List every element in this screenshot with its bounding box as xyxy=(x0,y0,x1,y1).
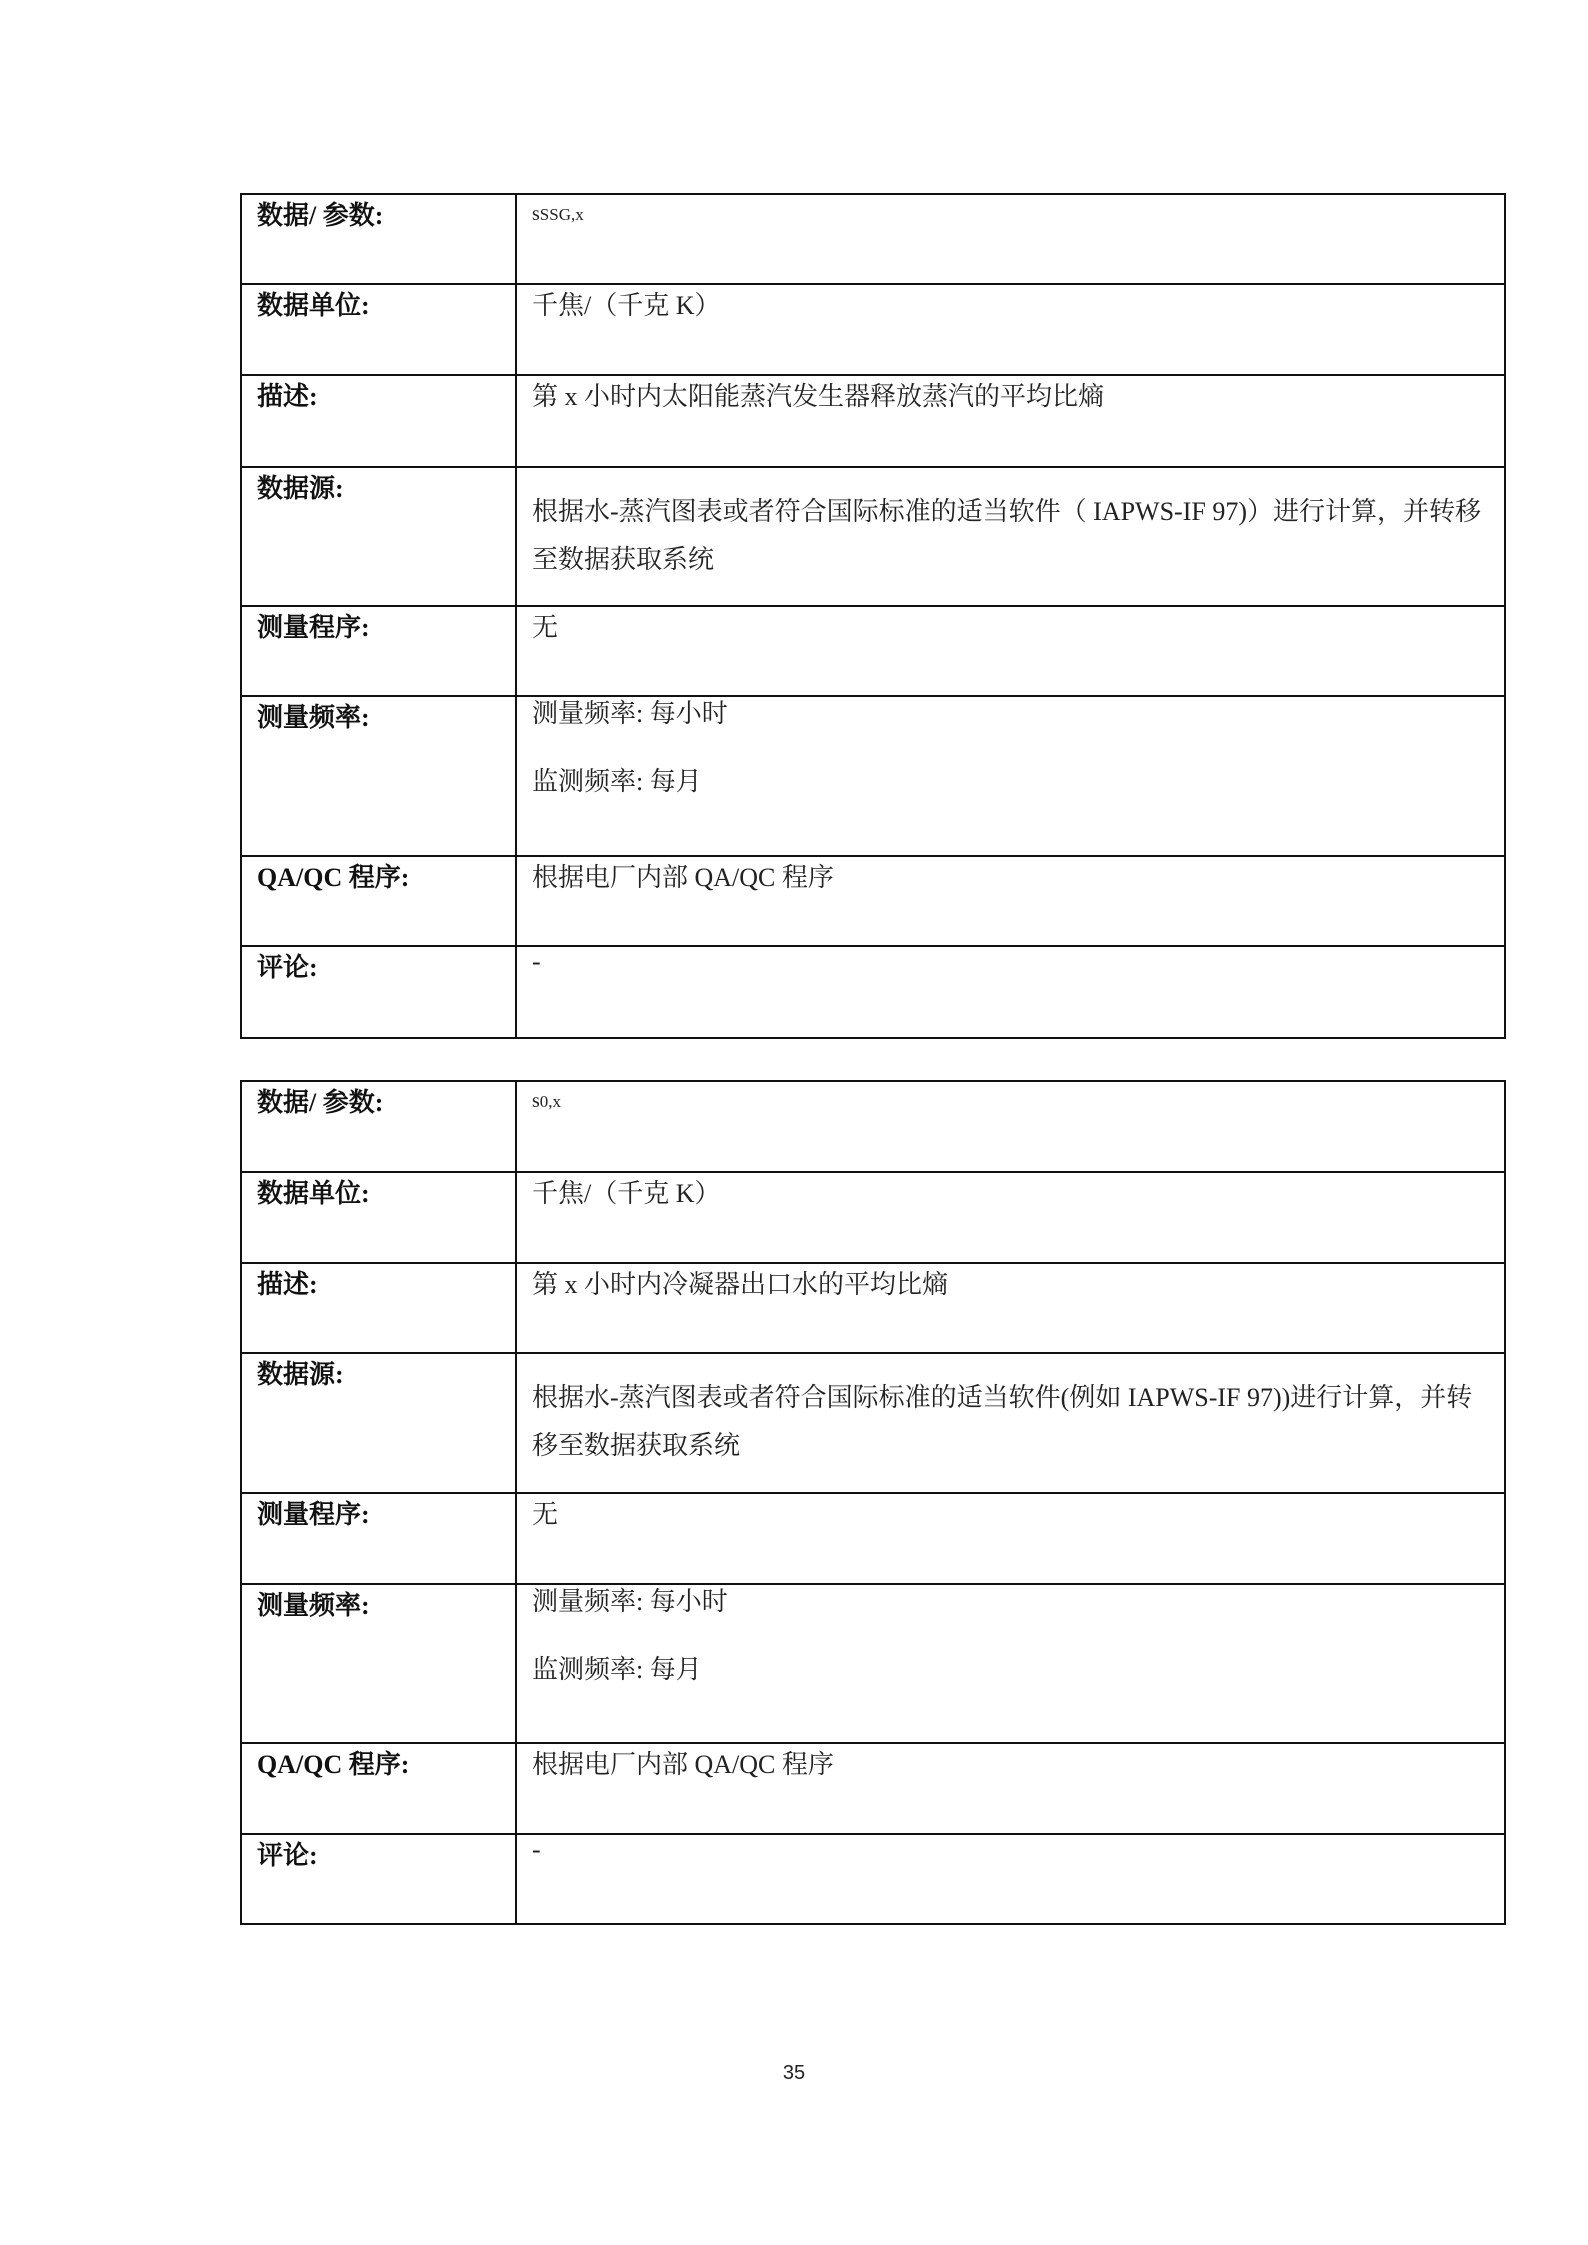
label-parameter: 数据/ 参数: xyxy=(257,195,515,232)
row-unit: 数据单位: 千焦/（千克 K） xyxy=(241,1172,1505,1263)
label-frequency: 测量频率: xyxy=(257,697,515,734)
label-description: 描述: xyxy=(257,376,515,413)
label-source: 数据源: xyxy=(257,468,515,505)
label-description: 描述: xyxy=(257,1264,515,1301)
value-procedure: 无 xyxy=(532,1494,1494,1531)
label-procedure: 测量程序: xyxy=(257,1494,515,1531)
row-source: 数据源: 根据水-蒸汽图表或者符合国际标准的适当软件（ IAPWS-IF 97)… xyxy=(241,467,1505,606)
parameter-subscript: 0,x xyxy=(540,1092,561,1112)
row-parameter: 数据/ 参数: s0,x xyxy=(241,1081,1505,1172)
parameter-table-1: 数据/ 参数: sSSG,x 数据单位: 千焦/（千克 K） 描述: 第 x 小… xyxy=(240,193,1506,1039)
row-source: 数据源: 根据水-蒸汽图表或者符合国际标准的适当软件(例如 IAPWS-IF 9… xyxy=(241,1353,1505,1493)
row-qaqc: QA/QC 程序: 根据电厂内部 QA/QC 程序 xyxy=(241,856,1505,946)
value-measure-frequency: 测量频率: 每小时 xyxy=(532,697,1494,731)
row-procedure: 测量程序: 无 xyxy=(241,606,1505,696)
row-unit: 数据单位: 千焦/（千克 K） xyxy=(241,284,1505,375)
row-qaqc: QA/QC 程序: 根据电厂内部 QA/QC 程序 xyxy=(241,1743,1505,1834)
value-comment: - xyxy=(532,1835,1494,1865)
label-unit: 数据单位: xyxy=(257,1173,515,1210)
value-description: 第 x 小时内太阳能蒸汽发生器释放蒸汽的平均比熵 xyxy=(532,376,1494,413)
value-qaqc: 根据电厂内部 QA/QC 程序 xyxy=(532,857,1494,894)
row-comment: 评论: - xyxy=(241,1834,1505,1924)
row-parameter: 数据/ 参数: sSSG,x xyxy=(241,194,1505,284)
label-parameter: 数据/ 参数: xyxy=(257,1082,515,1119)
parameter-table-2: 数据/ 参数: s0,x 数据单位: 千焦/（千克 K） 描述: 第 x 小时内… xyxy=(240,1080,1506,1925)
label-comment: 评论: xyxy=(257,947,515,984)
value-parameter: s0,x xyxy=(532,1082,1494,1113)
value-monitor-frequency: 监测频率: 每月 xyxy=(532,1653,1494,1687)
row-frequency: 测量频率: 测量频率: 每小时 监测频率: 每月 xyxy=(241,1584,1505,1743)
parameter-subscript: SSG,x xyxy=(540,205,584,225)
value-monitor-frequency: 监测频率: 每月 xyxy=(532,765,1494,799)
label-qaqc: QA/QC 程序: xyxy=(257,857,515,894)
value-measure-frequency: 测量频率: 每小时 xyxy=(532,1585,1494,1619)
value-unit: 千焦/（千克 K） xyxy=(532,1173,1494,1210)
value-description: 第 x 小时内冷凝器出口水的平均比熵 xyxy=(532,1264,1494,1301)
label-comment: 评论: xyxy=(257,1835,515,1872)
label-unit: 数据单位: xyxy=(257,285,515,322)
value-comment: - xyxy=(532,947,1494,977)
label-frequency: 测量频率: xyxy=(257,1585,515,1622)
label-qaqc: QA/QC 程序: xyxy=(257,1744,515,1781)
value-source: 根据水-蒸汽图表或者符合国际标准的适当软件（ IAPWS-IF 97)）进行计算… xyxy=(532,488,1494,584)
row-description: 描述: 第 x 小时内太阳能蒸汽发生器释放蒸汽的平均比熵 xyxy=(241,375,1505,467)
value-parameter: sSSG,x xyxy=(532,195,1494,226)
label-source: 数据源: xyxy=(257,1354,515,1391)
row-procedure: 测量程序: 无 xyxy=(241,1493,1505,1584)
page-number: 35 xyxy=(0,2062,1588,2085)
row-description: 描述: 第 x 小时内冷凝器出口水的平均比熵 xyxy=(241,1263,1505,1353)
value-unit: 千焦/（千克 K） xyxy=(532,285,1494,322)
value-procedure: 无 xyxy=(532,607,1494,644)
value-source: 根据水-蒸汽图表或者符合国际标准的适当软件(例如 IAPWS-IF 97))进行… xyxy=(532,1374,1494,1470)
row-comment: 评论: - xyxy=(241,946,1505,1038)
row-frequency: 测量频率: 测量频率: 每小时 监测频率: 每月 xyxy=(241,696,1505,856)
label-procedure: 测量程序: xyxy=(257,607,515,644)
value-qaqc: 根据电厂内部 QA/QC 程序 xyxy=(532,1744,1494,1781)
